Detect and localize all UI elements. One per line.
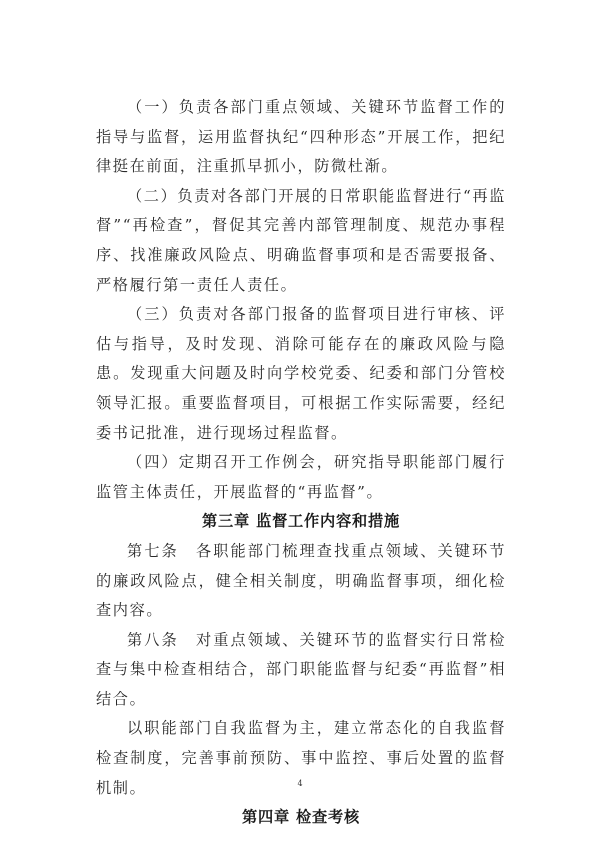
paragraph-item-2: （二）负责对各部门开展的日常职能监督进行“再监督”“再检查”，督促其完善内部管理… [96,182,506,300]
page-number: 4 [0,779,600,788]
article-8-continued: 以职能部门自我监督为主，建立常态化的自我监督检查制度，完善事前预防、事中监控、事… [96,714,506,803]
chapter-3-heading: 第三章 监督工作内容和措施 [96,507,506,537]
chapter-4-heading: 第四章 检查考核 [96,803,506,833]
article-8: 第八条 对重点领域、关键环节的监督实行日常检查与集中检查相结合，部门职能监督与纪… [96,626,506,715]
document-page: （一）负责各部门重点领域、关键环节监督工作的指导与监督，运用监督执纪“四种形态”… [0,0,600,848]
paragraph-item-1: （一）负责各部门重点领域、关键环节监督工作的指导与监督，运用监督执纪“四种形态”… [96,93,506,182]
page-content: （一）负责各部门重点领域、关键环节监督工作的指导与监督，运用监督执纪“四种形态”… [96,93,506,833]
paragraph-item-4: （四）定期召开工作例会，研究指导职能部门履行监管主体责任，开展监督的“再监督”。 [96,448,506,507]
article-7: 第七条 各职能部门梳理查找重点领域、关键环节的廉政风险点，健全相关制度，明确监督… [96,537,506,626]
paragraph-item-3: （三）负责对各部门报备的监督项目进行审核、评估与指导，及时发现、消除可能存在的廉… [96,300,506,448]
